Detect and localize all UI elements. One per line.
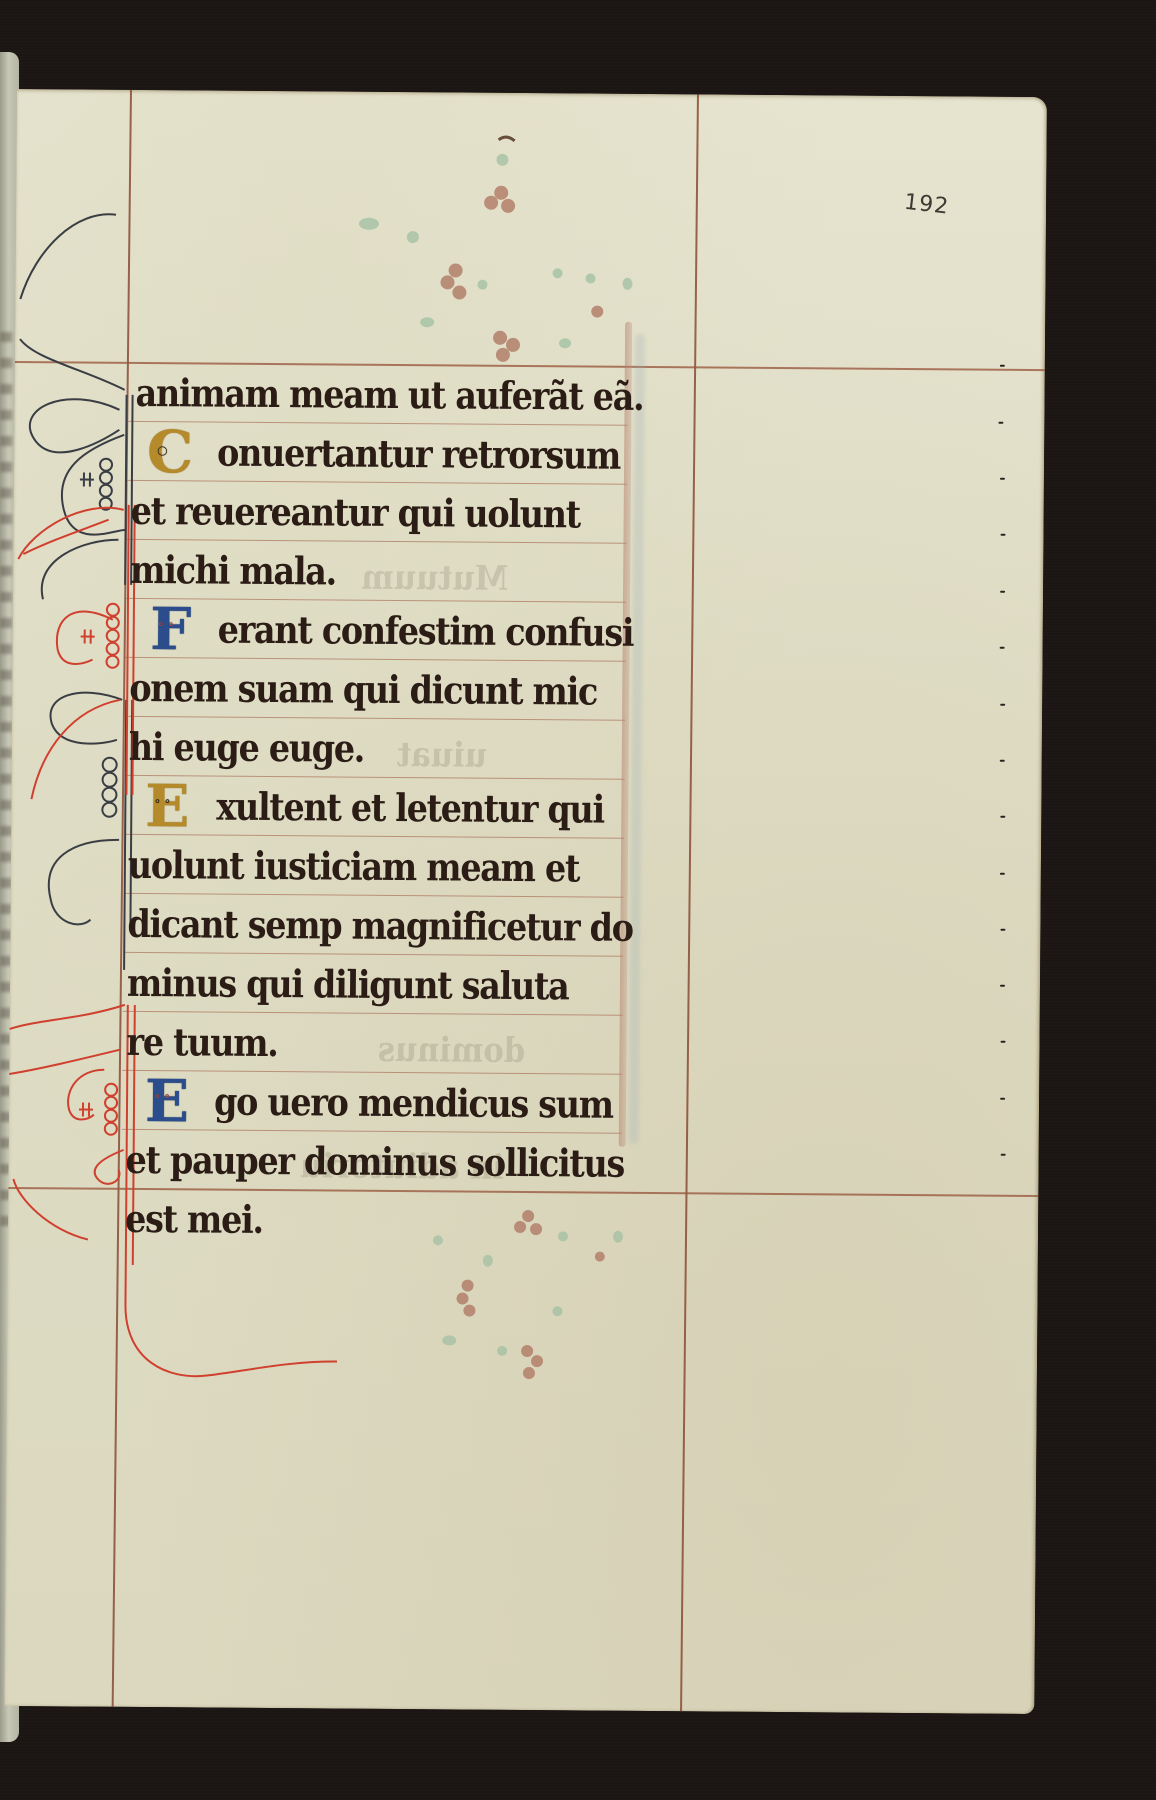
border-bar-shadow — [629, 334, 645, 1144]
show-through-text: uiuat — [397, 735, 487, 776]
prick-mark — [1001, 1154, 1006, 1156]
prick-mark — [1001, 534, 1006, 536]
initial-e-blue: E °° — [130, 1073, 204, 1130]
initial-c-gold: C ○ — [133, 424, 207, 481]
prick-mark — [1000, 591, 1005, 593]
initial-ornament: ○ — [157, 444, 172, 456]
text-line-12: re tuum. — [126, 1012, 278, 1072]
initial-ornament: °° — [158, 621, 178, 633]
prick-mark — [1001, 1041, 1006, 1043]
text-line-4: michi mala. — [130, 540, 336, 601]
text-line-10: dicant semp magnificetur do — [127, 894, 633, 957]
text-line-2: onuertantur retrorsum — [217, 423, 620, 485]
show-through-text: dominus — [378, 1030, 526, 1071]
text-line-9: uolunt iusticiam meam et — [128, 835, 580, 898]
text-line-8: xultent et letentur qui — [216, 777, 604, 839]
initial-ornament: °° — [154, 1093, 174, 1105]
text-line-15: est mei. — [125, 1189, 263, 1249]
prick-mark — [1000, 985, 1005, 987]
prick-mark — [1000, 365, 1005, 367]
initial-f-blue: F °° — [134, 601, 208, 658]
prick-mark — [1000, 873, 1005, 875]
initial-ornament: °° — [154, 798, 174, 810]
prick-mark — [1000, 478, 1005, 480]
text-line-5: erant confestim confusi — [218, 600, 634, 662]
manuscript-page: 192 — [4, 89, 1047, 1714]
prick-mark — [1000, 929, 1005, 931]
prick-mark — [1000, 704, 1005, 706]
text-line-11: minus qui diligunt saluta — [127, 953, 569, 1015]
trefoil-spray-bottom — [407, 1200, 669, 1412]
prick-mark — [998, 422, 1003, 424]
text-line-6: onem suam qui dicunt mic — [129, 658, 597, 721]
prick-mark — [1000, 760, 1005, 762]
text-line-3: et reuereantur qui uolunt — [130, 481, 580, 544]
ruling-vertical-right — [680, 94, 698, 1711]
show-through-text: Mutuum — [361, 558, 508, 599]
folio-number: 192 — [903, 190, 951, 220]
text-line-14: et pauper dominus sollicitus — [125, 1130, 624, 1193]
text-line-7: hi euge euge. — [129, 717, 365, 778]
trefoil-spray-top — [335, 132, 667, 365]
prick-mark — [1000, 647, 1005, 649]
initial-e-gold: E °° — [130, 778, 204, 835]
prick-mark — [1000, 1098, 1005, 1100]
prick-mark — [1000, 816, 1005, 818]
text-line-13: go uero mendicus sum — [214, 1072, 613, 1134]
text-line-1: animam meam ut auferãt eã. — [135, 363, 643, 426]
